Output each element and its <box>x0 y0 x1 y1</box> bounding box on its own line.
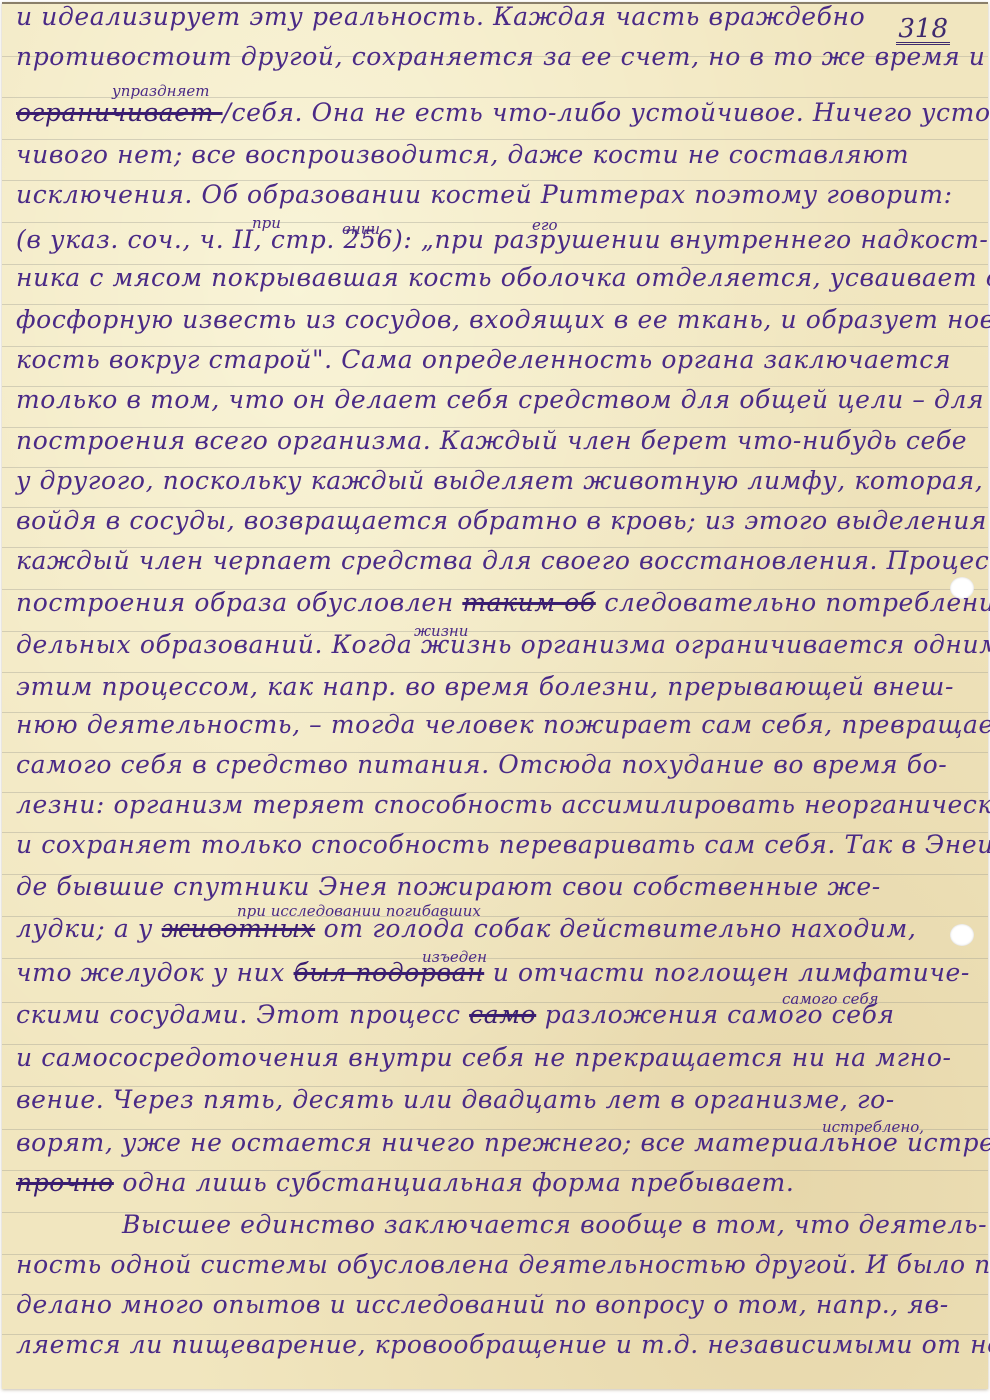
manuscript-line: построения образа обусловлен таким об сл… <box>16 588 968 618</box>
manuscript-line: построения всего организма. Каждый член … <box>16 426 968 456</box>
manuscript-line: ника с мясом покрывавшая кость оболочка … <box>16 263 968 293</box>
manuscript-line: кость вокруг старой". Сама определенност… <box>16 345 968 375</box>
manuscript-line: и идеализирует эту реальность. Каждая ча… <box>16 2 968 32</box>
interlinear-insertion: при исследовании погибавших <box>237 902 481 920</box>
interlinear-insertion: упраздняет <box>112 82 210 100</box>
struck-text: прочно <box>16 1168 114 1197</box>
manuscript-line: войдя в сосуды, возвращается обратно в к… <box>16 506 968 536</box>
struck-text: ограничивает <box>16 98 223 127</box>
manuscript-line: у другого, поскольку каждый выделяет жив… <box>16 466 968 496</box>
struck-text: таким об <box>462 588 595 617</box>
interlinear-insertion: истреблено, <box>822 1118 924 1136</box>
interlinear-insertion: при <box>252 214 281 232</box>
manuscript-line: Высшее единство заключается вообще в том… <box>122 1210 968 1240</box>
manuscript-page: 318 и идеализирует эту реальность. Кажда… <box>2 2 988 1389</box>
manuscript-line: делано много опытов и исследований по во… <box>16 1290 968 1320</box>
manuscript-line: вение. Через пять, десять или двадцать л… <box>16 1085 968 1115</box>
manuscript-line: ность одной системы обусловлена деятельн… <box>16 1250 968 1280</box>
manuscript-line: только в том, что он делает себя средств… <box>16 385 968 415</box>
interlinear-insertion: изъеден <box>422 948 487 966</box>
manuscript-line: что желудок у них был подорван и отчасти… <box>16 958 968 988</box>
manuscript-line: и самососредоточения внутри себя не прек… <box>16 1043 968 1073</box>
manuscript-line: лудки; а у животных от голода собак дейс… <box>16 914 968 944</box>
manuscript-line: чивого нет; все воспроизводится, даже ко… <box>16 140 968 170</box>
manuscript-line: и сохраняет только способность переварив… <box>16 830 968 860</box>
manuscript-line: фосфорную известь из сосудов, входящих в… <box>16 305 968 335</box>
struck-text: само <box>469 1000 536 1029</box>
manuscript-line: самого себя в средство питания. Отсюда п… <box>16 750 968 780</box>
manuscript-line: исключения. Об образовании костей Риттер… <box>16 180 968 210</box>
manuscript-line: лезни: организм теряет способность ассим… <box>16 790 968 820</box>
manuscript-line: дельных образований. Когда жизнь организ… <box>16 630 968 660</box>
interlinear-insertion: жизни <box>414 622 468 640</box>
manuscript-line: де бывшие спутники Энея пожирают свои со… <box>16 872 968 902</box>
manuscript-line: этим процессом, как напр. во время болез… <box>16 672 968 702</box>
manuscript-line: нюю деятельность, – тогда человек пожира… <box>16 710 968 740</box>
interlinear-insertion: самого себя <box>782 990 879 1008</box>
ruled-line <box>2 222 988 223</box>
manuscript-line: ляется ли пищеварение, кровообращение и … <box>16 1330 968 1360</box>
manuscript-line: противостоит другой, сохраняется за ее с… <box>16 42 968 72</box>
manuscript-line: прочно одна лишь субстанциальная форма п… <box>16 1168 968 1198</box>
manuscript-line: (в указ. соч., ч. II, стр. 256): „при ра… <box>16 225 968 255</box>
manuscript-line: каждый член черпает средства для своего … <box>16 546 968 576</box>
interlinear-insertion: его <box>532 216 558 234</box>
manuscript-line: ограничивает /себя. Она не есть что-либо… <box>16 98 968 128</box>
interlinear-insertion: ении <box>342 220 380 238</box>
